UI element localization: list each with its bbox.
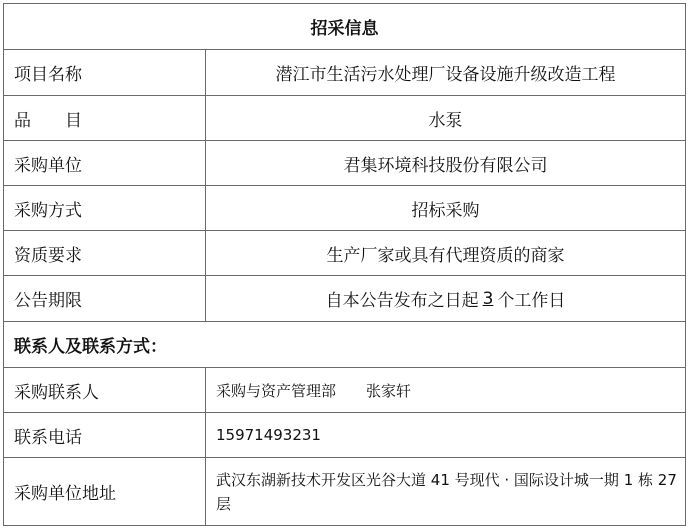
row-label-method: 采购方式	[4, 186, 206, 230]
table-row: 项目名称 潜江市生活污水处理厂设备设施升级改造工程	[4, 50, 685, 96]
row-label-address: 采购单位地址	[4, 458, 206, 525]
row-value-purchaser: 君集环境科技股份有限公司	[206, 141, 685, 185]
row-label-contact-person: 采购联系人	[4, 368, 206, 412]
table-row: 采购单位地址 武汉东湖新技术开发区光谷大道 41 号现代 · 国际设计城一期 1…	[4, 458, 685, 525]
period-prefix: 自本公告发布之日起	[326, 286, 479, 311]
row-value-contact-person: 采购与资产管理部 张家轩	[206, 368, 685, 412]
row-label-phone: 联系电话	[4, 413, 206, 457]
table-row: 资质要求 生产厂家或具有代理资质的商家	[4, 231, 685, 276]
table-row: 品 目 水泵	[4, 96, 685, 141]
row-value-phone: 15971493231	[206, 413, 685, 457]
contact-section-row: 联系人及联系方式：	[4, 322, 685, 368]
row-value-method: 招标采购	[206, 186, 685, 230]
table-row: 采购方式 招标采购	[4, 186, 685, 231]
row-label-project-name: 项目名称	[4, 50, 206, 95]
procurement-info-table: 招采信息 项目名称 潜江市生活污水处理厂设备设施升级改造工程 品 目 水泵 采购…	[3, 3, 686, 526]
row-label-period: 公告期限	[4, 276, 206, 321]
row-value-qualification: 生产厂家或具有代理资质的商家	[206, 231, 685, 275]
contact-section-title: 联系人及联系方式：	[4, 322, 685, 367]
period-suffix: 个工作日	[497, 286, 565, 311]
table-row: 采购单位 君集环境科技股份有限公司	[4, 141, 685, 186]
row-value-address: 武汉东湖新技术开发区光谷大道 41 号现代 · 国际设计城一期 1 栋 27 层	[206, 458, 685, 525]
row-value-item: 水泵	[206, 96, 685, 140]
table-row: 采购联系人 采购与资产管理部 张家轩	[4, 368, 685, 413]
table-row: 联系电话 15971493231	[4, 413, 685, 458]
row-value-period: 自本公告发布之日起3个工作日	[206, 276, 685, 321]
row-label-purchaser: 采购单位	[4, 141, 206, 185]
row-label-qualification: 资质要求	[4, 231, 206, 275]
table-title: 招采信息	[4, 4, 685, 49]
row-label-item: 品 目	[4, 96, 206, 140]
table-row: 公告期限 自本公告发布之日起3个工作日	[4, 276, 685, 322]
period-number: 3	[483, 289, 494, 309]
row-value-project-name: 潜江市生活污水处理厂设备设施升级改造工程	[206, 50, 685, 95]
table-title-row: 招采信息	[4, 4, 685, 50]
